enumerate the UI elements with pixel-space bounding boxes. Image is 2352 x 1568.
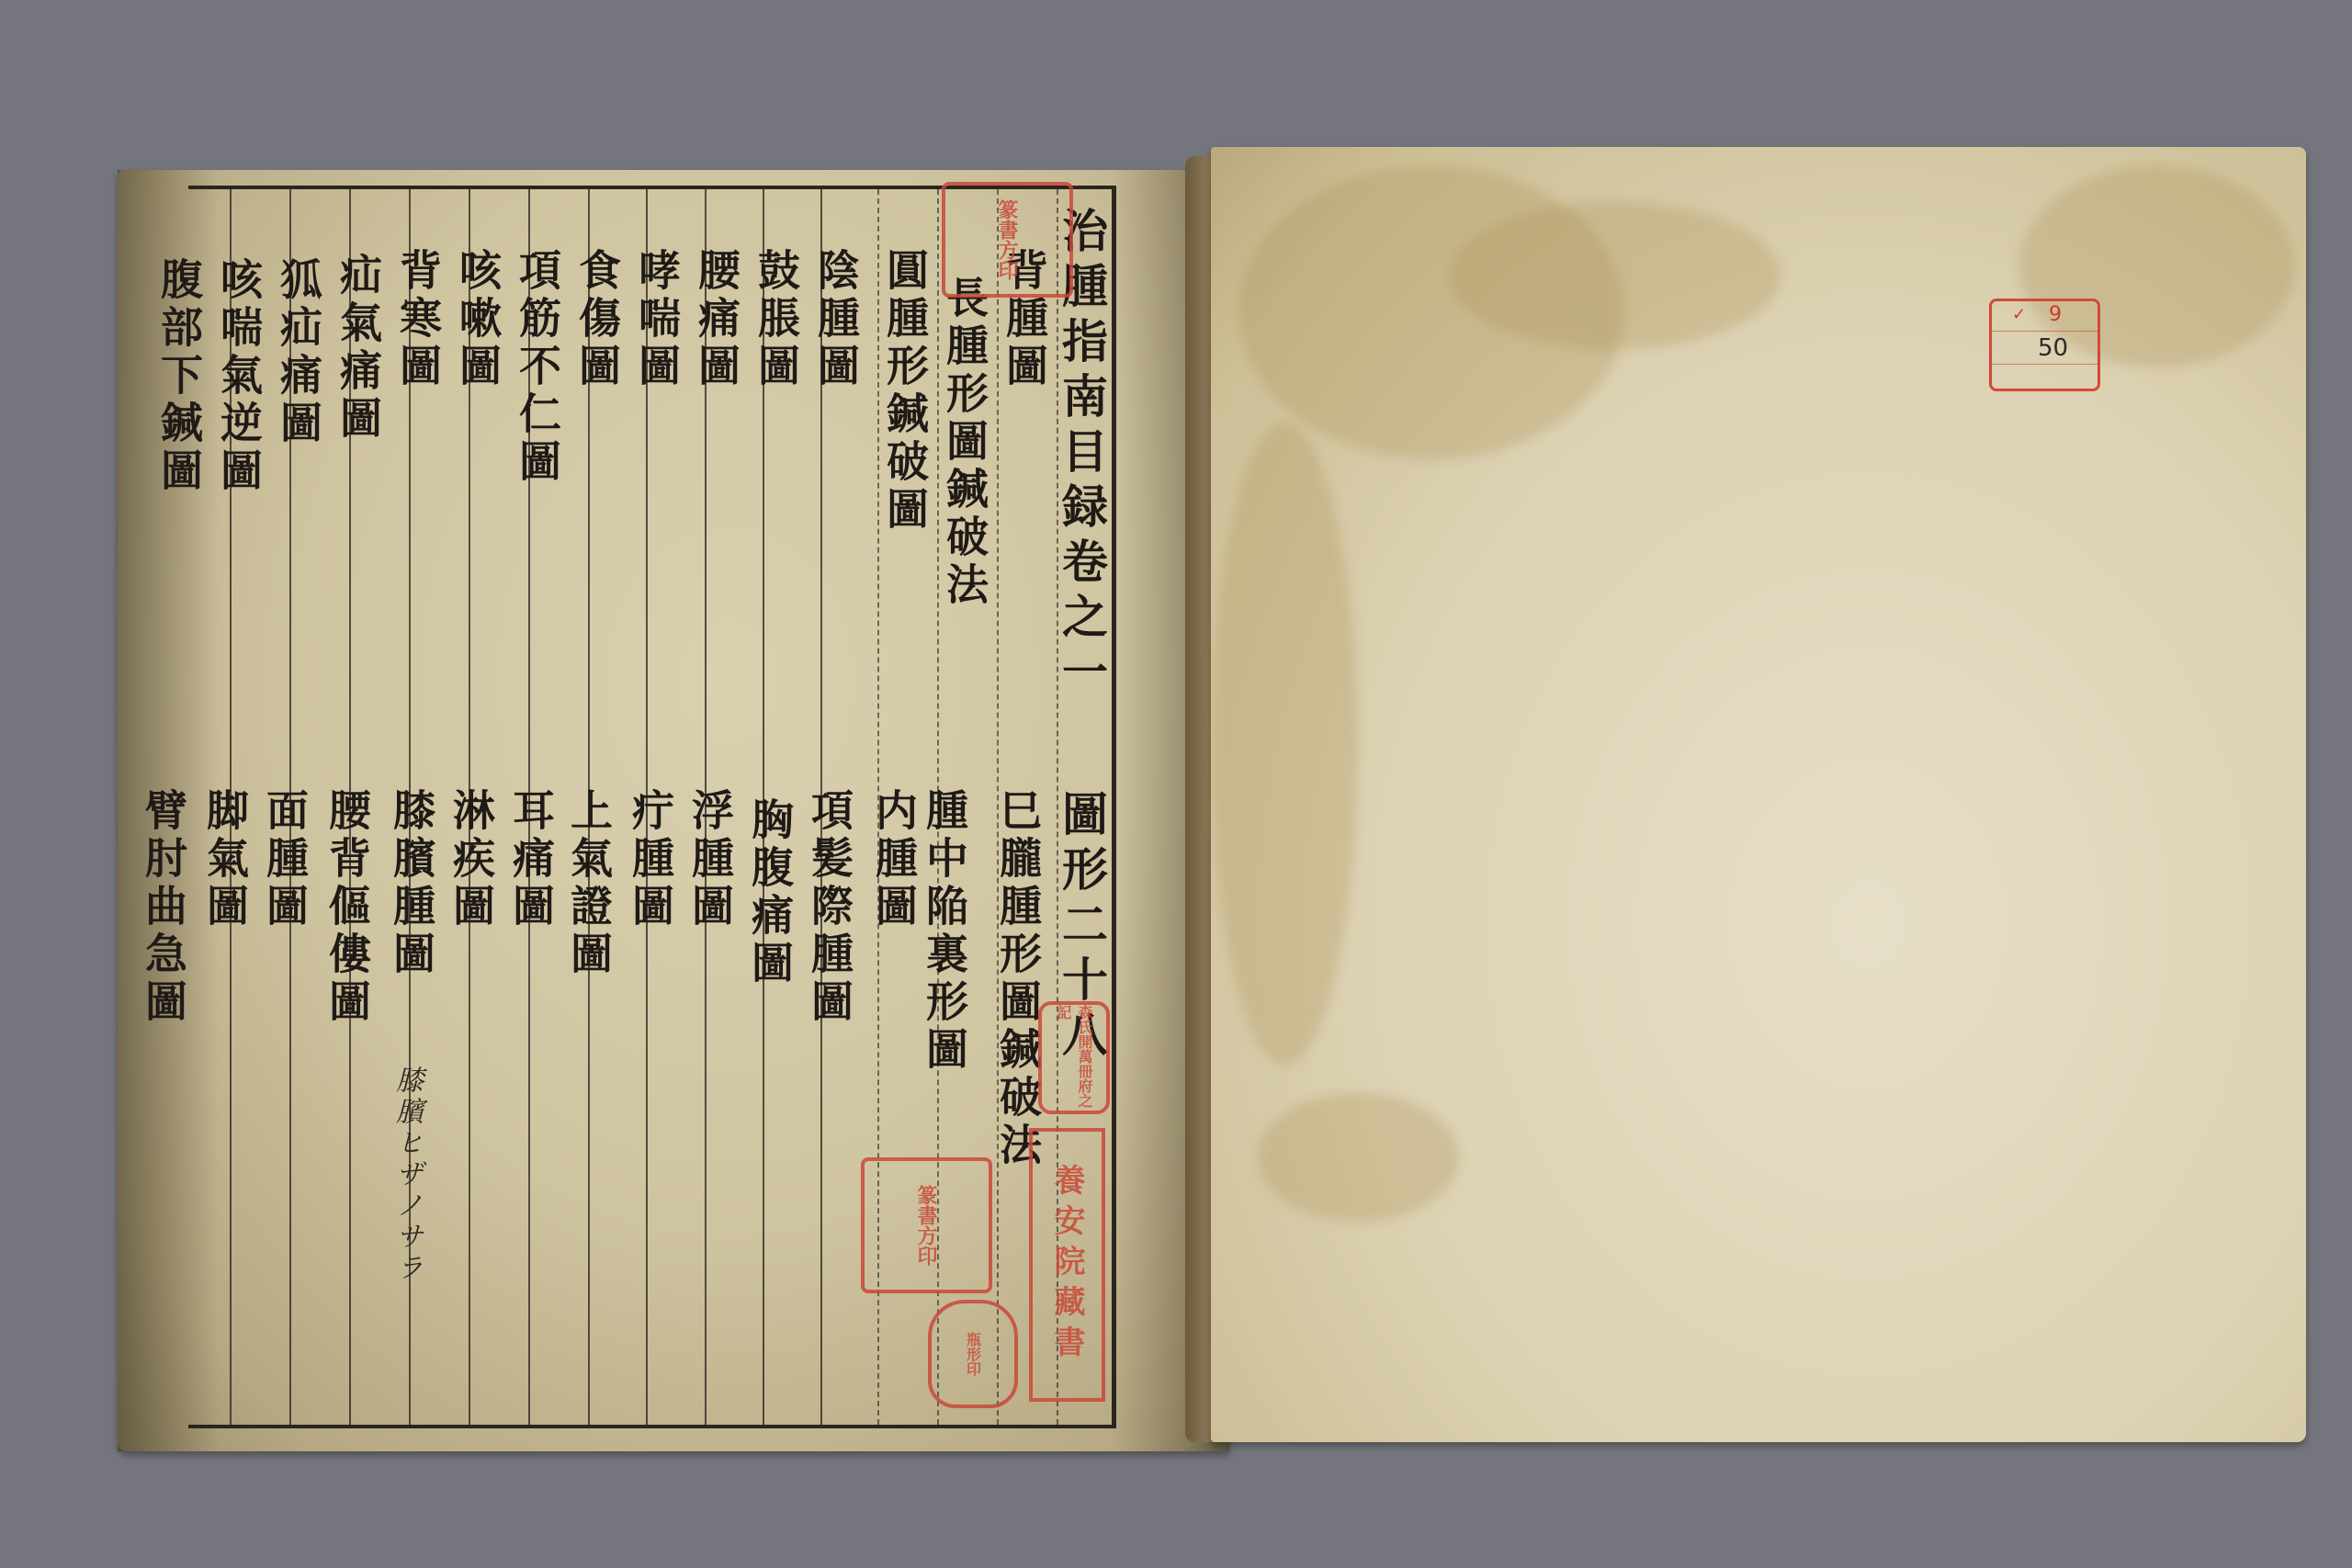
toc-entry: 咳嗽圖 [457,248,499,391]
toc-entry: 咳喘氣逆圖 [218,257,260,496]
toc-entry: 腹部下鍼圖 [158,257,200,496]
label-top-number: 9 [2049,303,2062,326]
label-mark-icon: ✓ [2012,305,2026,324]
library-call-number-label: ✓ 9 50 [1989,299,2100,391]
water-stain [1211,423,1358,1066]
toc-entry: 項髪際腫圖 [808,788,851,1027]
toc-entry: 圓腫形鍼破圖 [884,248,926,535]
seal-lower-square: 篆書方印 [861,1157,992,1293]
seal-yoanin-library: 養安院藏書 [1029,1128,1105,1402]
right-page [1211,147,2306,1442]
toc-entry: 背寒圖 [397,248,439,391]
toc-entry: 膝臏腫圖 [390,788,433,979]
label-rule [1992,364,2098,365]
toc-entry: 疝氣痛圖 [337,253,379,444]
label-rule [1992,331,2098,332]
seal-mori-collection: 森氏開萬冊府之記 [1038,1001,1110,1114]
toc-entry: 上氣證圖 [568,788,610,979]
toc-entry: 浮腫圖 [689,788,731,931]
seal-top-square: 篆書方印 [942,182,1073,298]
handwritten-annotation: 膝臏ヒザノサラ [386,1066,426,1284]
water-stain [1450,202,1781,349]
toc-entry: 淋疾圖 [450,788,492,931]
toc-entry: 腫中陥裏形圖 [923,788,966,1075]
toc-entry: 食傷圖 [576,248,618,391]
toc-entry: 疔腫圖 [629,788,672,931]
toc-entry: 鼓脹圖 [755,248,797,391]
water-stain [1257,1093,1459,1222]
toc-entry: 内腫圖 [873,788,915,931]
toc-entry: 哮喘圖 [636,248,678,391]
toc-entry: 面腫圖 [264,788,306,931]
toc-entry: 陰腫圖 [815,248,857,391]
toc-entry: 腰痛圖 [695,248,738,391]
toc-entry: 胸腹痛圖 [749,797,791,988]
toc-entry: 脚氣圖 [204,788,246,931]
book-spread: 治腫指南目録卷之一 圖形二十八 背腫圖 長腫形圖鍼破法 圓腫形鍼破圖 陰腫圖 鼓… [0,0,2352,1568]
toc-entry: 臂肘曲急圖 [142,788,185,1027]
label-main-number: 50 [2038,334,2068,362]
toc-entry: 腰背傴僂圖 [326,788,368,1027]
toc-entry: 巳朧腫形圖鍼破法 [997,788,1039,1170]
toc-entry: 長腫形圖鍼破法 [944,276,986,610]
seal-vase-shaped: 瓶形印 [928,1300,1018,1408]
toc-entry: 狐疝痛圖 [277,257,320,448]
toc-entry: 項筋不仁圖 [516,248,559,487]
toc-entry: 耳痛圖 [510,788,552,931]
